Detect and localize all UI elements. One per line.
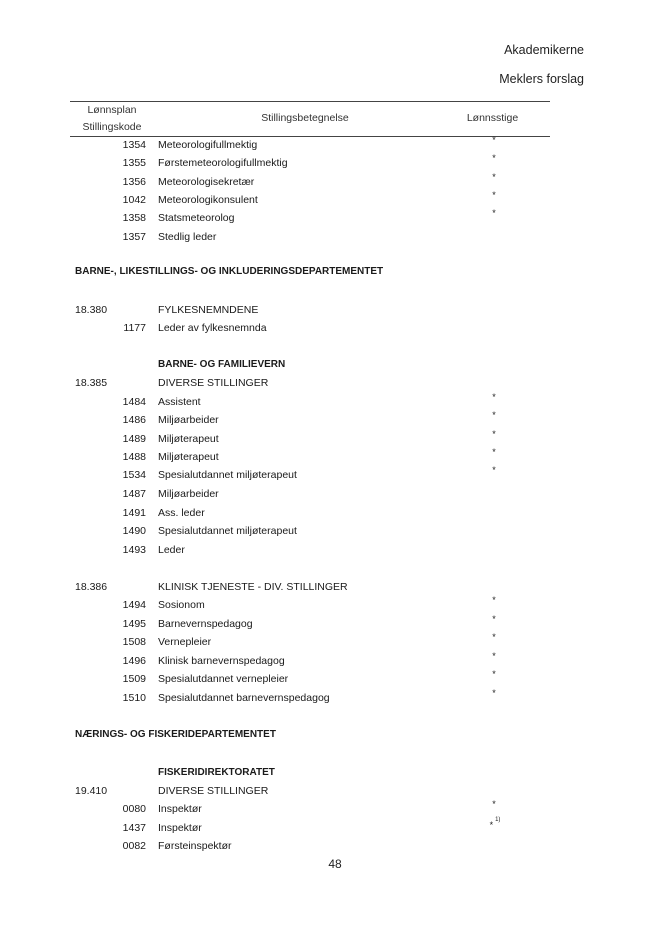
asterisk-marker: * bbox=[492, 410, 496, 420]
table-row: 1489Miljøterapeut* bbox=[0, 430, 670, 448]
position-title: Spesialutdannet miljøterapeut bbox=[158, 522, 297, 540]
table-row: 1042Meteorologikonsulent* bbox=[0, 191, 670, 209]
position-title: Miljøterapeut bbox=[158, 448, 219, 466]
salary-plan-heading: 18.380FYLKESNEMNDENE bbox=[0, 301, 670, 319]
asterisk-marker: * bbox=[492, 799, 496, 809]
department-heading: NÆRINGS- OG FISKERIDEPARTEMENTET bbox=[0, 726, 670, 744]
asterisk-marker: * bbox=[492, 429, 496, 439]
table-row: 1354Meteorologifullmektig* bbox=[0, 136, 670, 154]
asterisk-marker: * bbox=[490, 820, 494, 830]
table-row: 1486Miljøarbeider* bbox=[0, 411, 670, 429]
asterisk-marker: * bbox=[492, 208, 496, 218]
salary-ladder-marker: * bbox=[488, 464, 500, 476]
salary-ladder-marker: * bbox=[488, 207, 500, 219]
position-code: 1042 bbox=[86, 191, 146, 209]
salary-ladder-marker: *1) bbox=[488, 817, 500, 831]
position-title: Statsmeteorolog bbox=[158, 209, 234, 227]
position-code: 1357 bbox=[86, 228, 146, 246]
position-title: Miljøterapeut bbox=[158, 430, 219, 448]
position-title: Stedlig leder bbox=[158, 228, 216, 246]
position-table-body: 1354Meteorologifullmektig*1355Førstemete… bbox=[0, 0, 670, 947]
table-row: 0082Førsteinspektør bbox=[0, 837, 670, 855]
table-row: 1355Førstemeteorologifullmektig* bbox=[0, 154, 670, 172]
position-title: Assistent bbox=[158, 393, 201, 411]
table-row: 1494Sosionom* bbox=[0, 596, 670, 614]
table-row: 1356Meteorologisekretær* bbox=[0, 173, 670, 191]
salary-ladder-marker: * bbox=[488, 409, 500, 421]
position-title: KLINISK TJENESTE - DIV. STILLINGER bbox=[158, 578, 348, 596]
asterisk-marker: * bbox=[492, 172, 496, 182]
position-code: 1177 bbox=[86, 319, 146, 337]
position-title: Miljøarbeider bbox=[158, 411, 219, 429]
position-code: 1510 bbox=[86, 689, 146, 707]
table-row: 1510Spesialutdannet barnevernspedagog* bbox=[0, 689, 670, 707]
salary-ladder-marker: * bbox=[488, 594, 500, 606]
position-code: 1508 bbox=[86, 633, 146, 651]
position-title: DIVERSE STILLINGER bbox=[158, 782, 268, 800]
salary-plan-heading: 19.410DIVERSE STILLINGER bbox=[0, 782, 670, 800]
position-title: Spesialutdannet barnevernspedagog bbox=[158, 689, 330, 707]
salary-ladder-marker: * bbox=[488, 428, 500, 440]
position-title: Leder av fylkesnemnda bbox=[158, 319, 267, 337]
position-code: 0080 bbox=[86, 800, 146, 818]
table-row: 1357Stedlig leder bbox=[0, 228, 670, 246]
salary-ladder-marker: * bbox=[488, 391, 500, 403]
table-row: 1496Klinisk barnevernspedagog* bbox=[0, 652, 670, 670]
salary-ladder-marker: * bbox=[488, 171, 500, 183]
asterisk-marker: * bbox=[492, 688, 496, 698]
table-row: 1491Ass. leder bbox=[0, 504, 670, 522]
page-number: 48 bbox=[0, 857, 670, 871]
salary-plan-number: 18.386 bbox=[75, 578, 107, 596]
position-title: BARNE-, LIKESTILLINGS- OG INKLUDERINGSDE… bbox=[75, 263, 383, 281]
table-row: 1358Statsmeteorolog* bbox=[0, 209, 670, 227]
position-code: 1358 bbox=[86, 209, 146, 227]
position-code: 1488 bbox=[86, 448, 146, 466]
asterisk-marker: * bbox=[492, 632, 496, 642]
position-title: Ass. leder bbox=[158, 504, 205, 522]
position-title: Spesialutdannet miljøterapeut bbox=[158, 466, 297, 484]
asterisk-marker: * bbox=[492, 651, 496, 661]
position-title: Inspektør bbox=[158, 800, 202, 818]
salary-ladder-marker: * bbox=[488, 798, 500, 810]
table-row: 1495Barnevernspedagog* bbox=[0, 615, 670, 633]
section-subheading: BARNE- OG FAMILIEVERN bbox=[0, 356, 670, 374]
table-row: 1484Assistent* bbox=[0, 393, 670, 411]
salary-plan-heading: 18.386KLINISK TJENESTE - DIV. STILLINGER bbox=[0, 578, 670, 596]
position-code: 1486 bbox=[86, 411, 146, 429]
table-row: 1509Spesialutdannet vernepleier* bbox=[0, 670, 670, 688]
position-code: 1489 bbox=[86, 430, 146, 448]
position-code: 1354 bbox=[86, 136, 146, 154]
table-row: 1490Spesialutdannet miljøterapeut bbox=[0, 522, 670, 540]
footnote-reference: 1) bbox=[495, 817, 500, 823]
department-heading: BARNE-, LIKESTILLINGS- OG INKLUDERINGSDE… bbox=[0, 263, 670, 281]
position-title: Inspektør bbox=[158, 819, 202, 837]
position-title: Førsteinspektør bbox=[158, 837, 232, 855]
salary-ladder-marker: * bbox=[488, 152, 500, 164]
table-row: 1534Spesialutdannet miljøterapeut* bbox=[0, 466, 670, 484]
salary-ladder-marker: * bbox=[488, 189, 500, 201]
position-code: 1496 bbox=[86, 652, 146, 670]
position-title: Førstemeteorologifullmektig bbox=[158, 154, 288, 172]
position-title: Meteorologisekretær bbox=[158, 173, 254, 191]
position-code: 1494 bbox=[86, 596, 146, 614]
position-code: 1491 bbox=[86, 504, 146, 522]
position-title: Sosionom bbox=[158, 596, 205, 614]
salary-plan-number: 18.385 bbox=[75, 374, 107, 392]
table-row: 1508Vernepleier* bbox=[0, 633, 670, 651]
asterisk-marker: * bbox=[492, 392, 496, 402]
salary-ladder-marker: * bbox=[488, 650, 500, 662]
position-title: Barnevernspedagog bbox=[158, 615, 253, 633]
position-code: 1534 bbox=[86, 466, 146, 484]
position-title: DIVERSE STILLINGER bbox=[158, 374, 268, 392]
position-code: 1495 bbox=[86, 615, 146, 633]
position-title: Vernepleier bbox=[158, 633, 211, 651]
salary-plan-number: 18.380 bbox=[75, 301, 107, 319]
table-row: 0080Inspektør* bbox=[0, 800, 670, 818]
section-subheading: FISKERIDIREKTORATET bbox=[0, 764, 670, 782]
position-title: Spesialutdannet vernepleier bbox=[158, 670, 288, 688]
position-title: FYLKESNEMNDENE bbox=[158, 301, 258, 319]
asterisk-marker: * bbox=[492, 153, 496, 163]
position-code: 1487 bbox=[86, 485, 146, 503]
asterisk-marker: * bbox=[492, 190, 496, 200]
position-title: BARNE- OG FAMILIEVERN bbox=[158, 356, 285, 374]
salary-plan-heading: 18.385DIVERSE STILLINGER bbox=[0, 374, 670, 392]
salary-ladder-marker: * bbox=[488, 446, 500, 458]
table-row: 1177Leder av fylkesnemnda bbox=[0, 319, 670, 337]
asterisk-marker: * bbox=[492, 614, 496, 624]
position-code: 1484 bbox=[86, 393, 146, 411]
table-row: 1493Leder bbox=[0, 541, 670, 559]
position-code: 1493 bbox=[86, 541, 146, 559]
position-title: Leder bbox=[158, 541, 185, 559]
position-title: FISKERIDIREKTORATET bbox=[158, 764, 275, 782]
position-code: 1355 bbox=[86, 154, 146, 172]
salary-ladder-marker: * bbox=[488, 668, 500, 680]
asterisk-marker: * bbox=[492, 595, 496, 605]
table-row: 1488Miljøterapeut* bbox=[0, 448, 670, 466]
position-code: 1356 bbox=[86, 173, 146, 191]
position-title: Klinisk barnevernspedagog bbox=[158, 652, 285, 670]
position-title: NÆRINGS- OG FISKERIDEPARTEMENTET bbox=[75, 726, 276, 744]
asterisk-marker: * bbox=[492, 135, 496, 145]
position-code: 0082 bbox=[86, 837, 146, 855]
salary-plan-number: 19.410 bbox=[75, 782, 107, 800]
position-title: Miljøarbeider bbox=[158, 485, 219, 503]
position-code: 1509 bbox=[86, 670, 146, 688]
position-title: Meteorologikonsulent bbox=[158, 191, 258, 209]
salary-ladder-marker: * bbox=[488, 134, 500, 146]
table-row: 1487Miljøarbeider bbox=[0, 485, 670, 503]
asterisk-marker: * bbox=[492, 465, 496, 475]
table-row: 1437Inspektør*1) bbox=[0, 819, 670, 837]
asterisk-marker: * bbox=[492, 447, 496, 457]
salary-ladder-marker: * bbox=[488, 631, 500, 643]
position-code: 1490 bbox=[86, 522, 146, 540]
asterisk-marker: * bbox=[492, 669, 496, 679]
salary-ladder-marker: * bbox=[488, 687, 500, 699]
position-code: 1437 bbox=[86, 819, 146, 837]
position-title: Meteorologifullmektig bbox=[158, 136, 257, 154]
salary-ladder-marker: * bbox=[488, 613, 500, 625]
